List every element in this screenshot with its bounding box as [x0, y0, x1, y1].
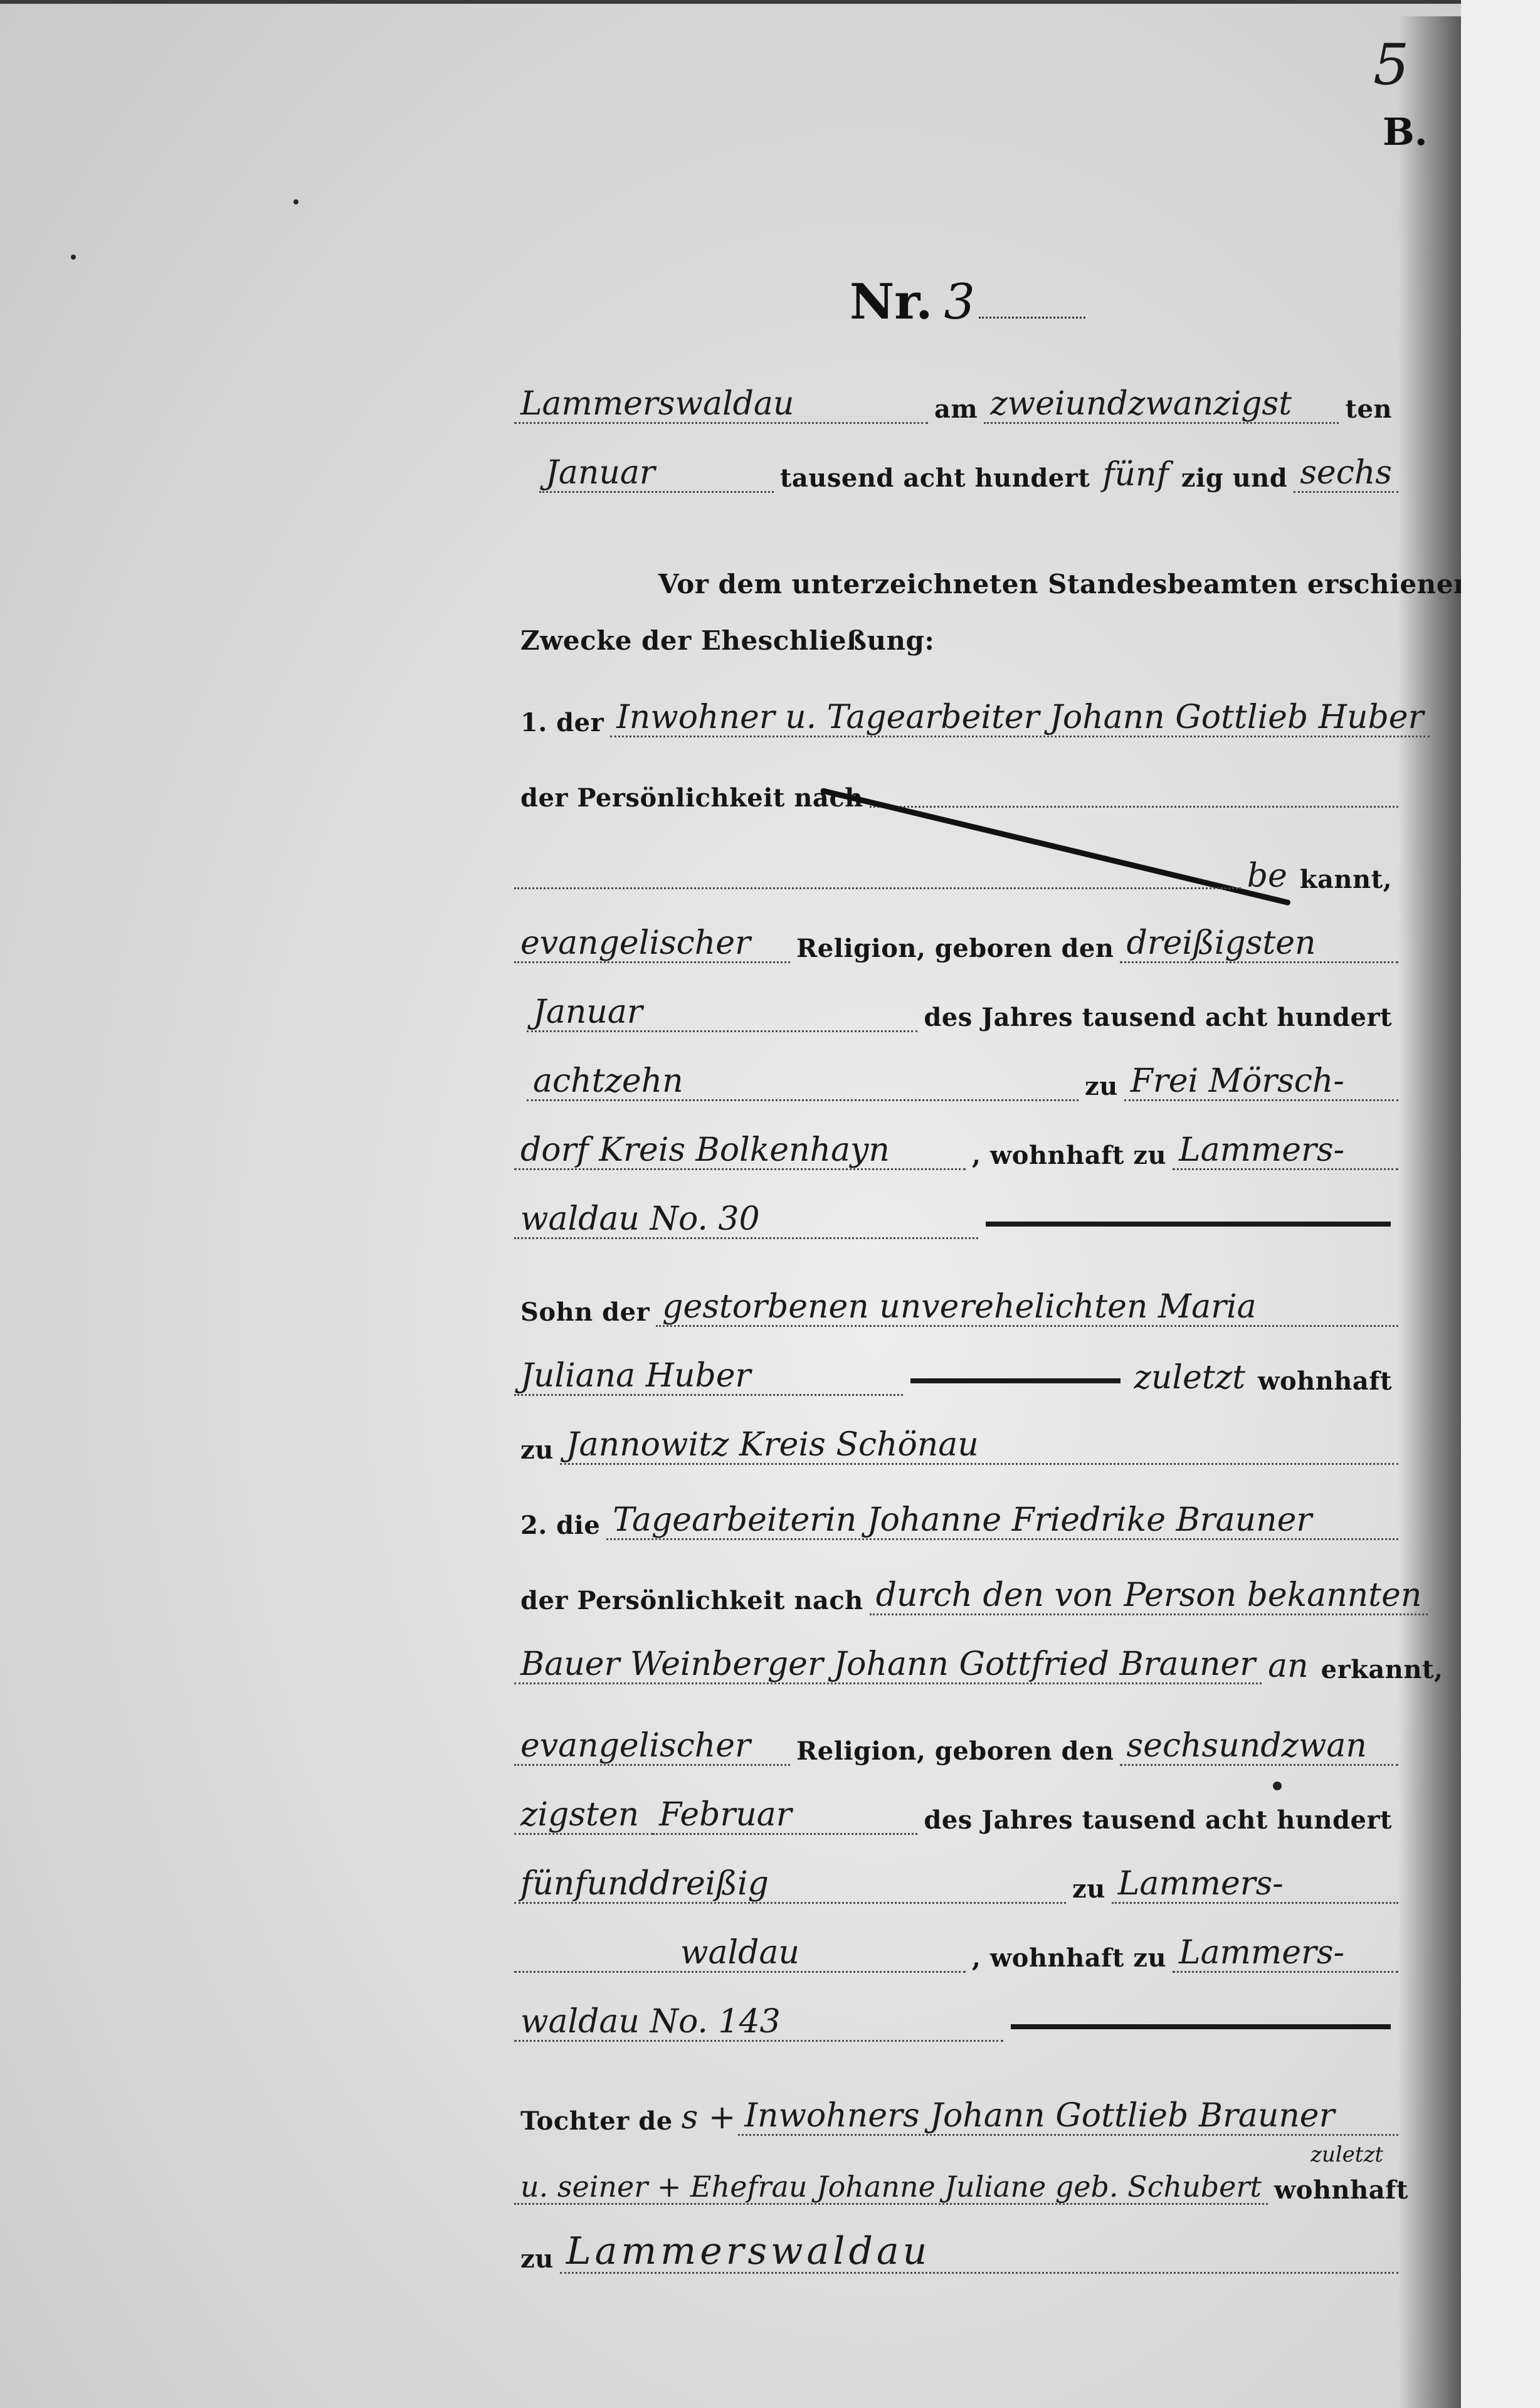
groom-birthplace-line: dorf Kreis Bolkenhayn , wohnhaft zu Lamm… — [514, 1114, 1398, 1170]
groom-birthplace-field-1: Frei Mörsch- — [1124, 1064, 1398, 1101]
bride-residence-field-2: waldau No. 143 — [514, 2004, 1003, 2042]
header-line-2: Januar tausend acht hundert fünf zig und… — [514, 436, 1398, 493]
groom-wohnhaft-label: wohnhaft — [1252, 1366, 1398, 1396]
groom-wohnhaft-zu: , wohnhaft zu — [966, 1141, 1173, 1170]
intro-text-1: Vor dem unterzeichneten Standesbeamten e… — [652, 569, 1540, 599]
bride-birth-day-field-2: zigsten — [514, 1797, 653, 1835]
entry-label: Nr. — [850, 273, 932, 330]
month-field: Januar — [539, 455, 774, 493]
bride-birthplace-line: waldau , wohnhaft zu Lammers- — [514, 1916, 1398, 1973]
bride-parents-residence-line: zu Lammerswaldau — [514, 2217, 1398, 2274]
bride-birth-day-field-1: sechsundzwan — [1120, 1728, 1398, 1766]
bride-parents-line-1: Tochter de s + Inwohners Johann Gottlieb… — [514, 2079, 1398, 2136]
bride-identification-field-1: durch den von Person bekannten — [870, 1578, 1428, 1615]
bride-birthplace-field-2: waldau — [514, 1935, 966, 1973]
bride-tochter-suffix: s + — [679, 2100, 739, 2136]
groom-birth-month-field: Januar — [527, 995, 917, 1032]
series-letter: B. — [1383, 110, 1428, 154]
groom-name-line: 1. der Inwohner u. Tagearbeiter Johann G… — [514, 681, 1398, 737]
page-edge-shadow — [1398, 16, 1461, 2408]
groom-persoenlichkeit-dots — [870, 805, 1398, 808]
groom-sohn-label: Sohn der — [514, 1297, 656, 1327]
bride-zu-label: zu — [1066, 1874, 1112, 1904]
bride-name-line: 2. die Tagearbeiterin Johanne Friedrike … — [514, 1484, 1398, 1540]
groom-parents-residence-line: zu Jannowitz Kreis Schönau — [514, 1408, 1398, 1465]
bride-anerkannt-suffix: erkannt, — [1315, 1655, 1450, 1684]
bride-name-field: Tagearbeiterin Johanne Friedrike Brauner — [606, 1502, 1398, 1540]
groom-des-jahres: des Jahres tausend acht hundert — [917, 1003, 1398, 1032]
bride-parents-zu-label: zu — [514, 2244, 560, 2274]
entry-number: Nr.3 — [850, 273, 1085, 330]
groom-parents-field-2: Juliana Huber — [514, 1358, 903, 1396]
groom-residence-line: waldau No. 30 — [514, 1183, 1398, 1239]
groom-persoenlichkeit-line: der Persönlichkeit nach — [514, 756, 1398, 813]
groom-zuletzt: zuletzt — [1128, 1360, 1252, 1396]
groom-parents-field-1: gestorbenen unverehelichten Maria — [656, 1289, 1398, 1327]
bride-birth-month-line: zigsten Februar des Jahres tausend acht … — [514, 1778, 1398, 1835]
scan-margin — [1461, 0, 1540, 2408]
groom-parents-residence-field: Jannowitz Kreis Schönau — [560, 1427, 1398, 1465]
bride-parents-field-2: u. seiner + Ehefrau Johanne Juliane geb.… — [514, 2171, 1268, 2205]
bride-wohnhaft-label: wohnhaft — [1268, 2175, 1415, 2205]
header-line-1: Lammerswaldau am zweiundzwanzigst ten — [514, 367, 1398, 424]
bride-residence-field-1: Lammers- — [1173, 1935, 1398, 1973]
bride-num-label: 2. die — [514, 1511, 606, 1540]
groom-religion-line: evangelischer Religion, geboren den drei… — [514, 907, 1398, 963]
groom-parents-line-2: Juliana Huber zuletzt wohnhaft — [514, 1339, 1398, 1396]
bride-religion-label: Religion, geboren den — [790, 1736, 1120, 1766]
entry-number-dots — [979, 317, 1085, 319]
bride-religion-line: evangelischer Religion, geboren den sech… — [514, 1709, 1398, 1766]
bride-wohnhaft-zu: , wohnhaft zu — [966, 1943, 1173, 1973]
groom-zu-label: zu — [1079, 1072, 1124, 1101]
year-unit-field: sechs — [1294, 455, 1398, 493]
bride-residence-line: waldau No. 143 — [514, 1985, 1398, 2042]
bride-parents-residence-field: Lammerswaldau — [560, 2231, 1398, 2274]
scan-speck — [293, 199, 298, 204]
groom-birth-month-line: Januar des Jahres tausend acht hundert — [514, 976, 1398, 1032]
intro-line-1: Vor dem unterzeichneten Standesbeamten e… — [514, 543, 1398, 599]
groom-birth-day-field: dreißigsten — [1120, 926, 1398, 963]
bride-identification-field-2: Bauer Weinberger Johann Gottfried Braune… — [514, 1647, 1262, 1684]
intro-line-2: Zwecke der Eheschließung: — [514, 599, 1398, 656]
ink-blot — [1273, 1782, 1282, 1790]
day-suffix: ten — [1339, 394, 1398, 424]
groom-residence-field-2: waldau No. 30 — [514, 1201, 978, 1239]
intro-text-2: Zwecke der Eheschließung: — [514, 625, 941, 656]
scan-speck — [71, 255, 76, 260]
groom-bekannt-prefix: be — [1241, 858, 1294, 894]
entry-number-value: 3 — [944, 274, 975, 330]
year-prefix: tausend acht hundert — [774, 463, 1096, 493]
groom-parents-zu-label: zu — [514, 1435, 560, 1465]
groom-bekannt-line: be kannt, — [514, 838, 1398, 894]
am-label: am — [928, 394, 984, 424]
groom-parents-line-1: Sohn der gestorbenen unverehelichten Mar… — [514, 1270, 1398, 1327]
decade-field: fünf — [1096, 457, 1174, 493]
bride-persoenlichkeit-label: der Persönlichkeit nach — [514, 1586, 870, 1615]
groom-birthplace-field-2: dorf Kreis Bolkenhayn — [514, 1133, 966, 1170]
bride-residence-void-stroke — [1011, 2024, 1391, 2029]
register-page: 5 B. Nr.3 Lammerswaldau am zweiundzwanzi… — [0, 0, 1461, 2408]
bride-tochter-label: Tochter de — [514, 2106, 679, 2136]
groom-religion-label: Religion, geboren den — [790, 934, 1120, 963]
groom-birth-year-field: achtzehn — [527, 1064, 1079, 1101]
bride-des-jahres: des Jahres tausend acht hundert — [917, 1805, 1398, 1835]
groom-num-label: 1. der — [514, 708, 610, 737]
groom-name-field: Inwohner u. Tagearbeiter Johann Gottlieb… — [610, 700, 1430, 737]
folio-number: 5 — [1373, 32, 1409, 98]
day-field: zweiundzwanzigst — [984, 386, 1339, 424]
zig-und-label: zig und — [1175, 463, 1294, 493]
groom-religion-field: evangelischer — [514, 926, 790, 963]
bride-identification-line: Bauer Weinberger Johann Gottfried Braune… — [514, 1628, 1398, 1684]
bride-persoenlichkeit-line: der Persönlichkeit nach durch den von Pe… — [514, 1559, 1398, 1615]
bride-parents-field-1: Inwohners Johann Gottlieb Brauner — [738, 2098, 1398, 2136]
bride-religion-field: evangelischer — [514, 1728, 790, 1766]
bride-birthplace-field-1: Lammers- — [1112, 1866, 1398, 1904]
groom-bekannt-suffix: kannt, — [1294, 865, 1398, 894]
groom-birth-year-line: achtzehn zu Frei Mörsch- — [514, 1045, 1398, 1101]
groom-persoenlichkeit-label: der Persönlichkeit nach — [514, 783, 870, 813]
bride-birth-year-line: fünfunddreißig zu Lammers- — [514, 1847, 1398, 1904]
bride-parents-line-2: u. seiner + Ehefrau Johanne Juliane geb.… — [514, 2148, 1398, 2205]
bride-anerkannt-prefix: an — [1262, 1649, 1315, 1684]
groom-residence-void-stroke — [986, 1222, 1391, 1227]
groom-bekannt-dots — [514, 887, 1241, 889]
groom-residence-field-1: Lammers- — [1173, 1133, 1398, 1170]
bride-birth-month-field: Februar — [653, 1797, 917, 1835]
bride-birth-year-field: fünfunddreißig — [514, 1866, 1066, 1904]
groom-parents-void-stroke — [910, 1378, 1121, 1383]
place-field: Lammerswaldau — [514, 386, 928, 424]
